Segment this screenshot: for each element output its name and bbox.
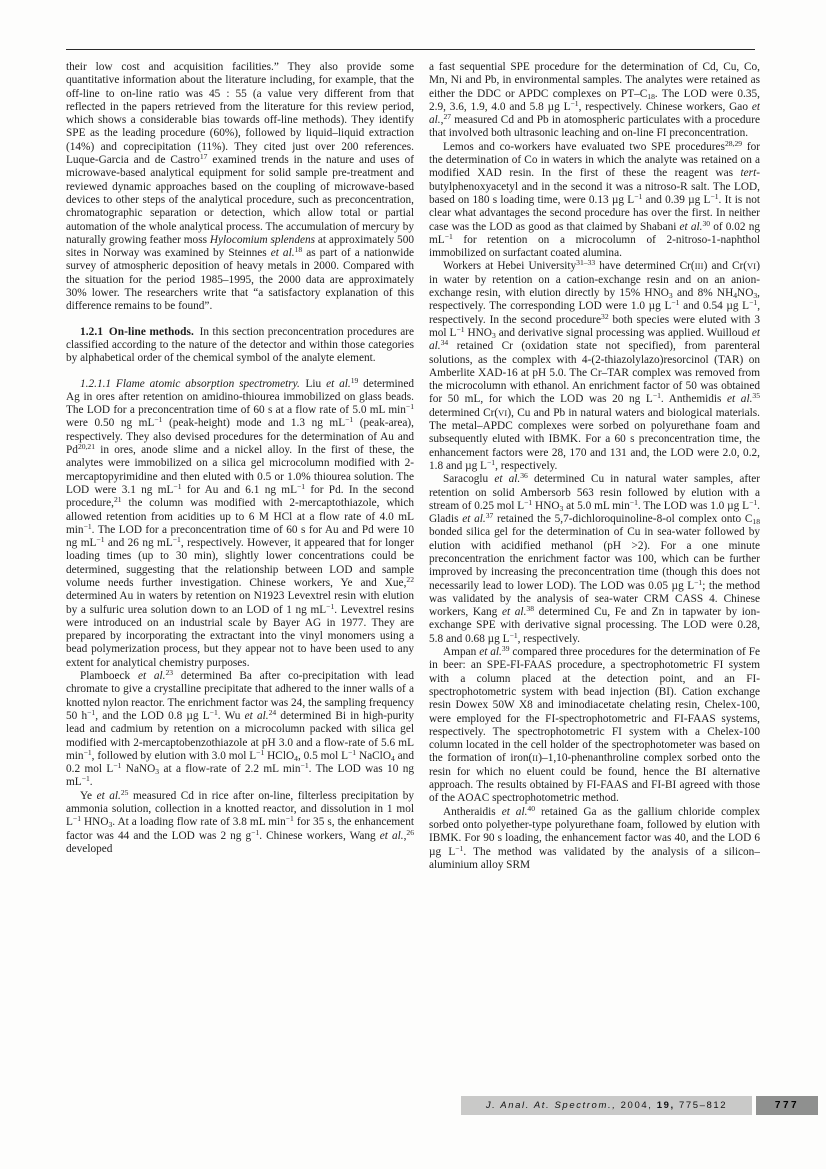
paragraph: Antheraidis et al.40 retained Ga as the … xyxy=(429,806,760,872)
paragraph: Ye et al.25 measured Cd in rice after on… xyxy=(66,790,414,856)
citation-volume: 19, xyxy=(657,1100,675,1111)
paragraph: their low cost and acquisition facilitie… xyxy=(66,61,414,314)
header-rule xyxy=(66,49,755,50)
paragraph: Ampan et al.39 compared three procedures… xyxy=(429,646,760,806)
article-body: their low cost and acquisition facilitie… xyxy=(66,61,760,1093)
paragraph: Lemos and co-workers have evaluated two … xyxy=(429,141,760,261)
paragraph: Plamboeck et al.23 determined Ba after c… xyxy=(66,670,414,790)
paragraph: 1.2.1.1 Flame atomic absorption spectrom… xyxy=(66,378,414,671)
left-column: their low cost and acquisition facilitie… xyxy=(66,61,414,1093)
paragraph: a fast sequential SPE procedure for the … xyxy=(429,61,760,141)
page-number: 777 xyxy=(775,1100,799,1111)
paragraph: Workers at Hebei University31–33 have de… xyxy=(429,260,760,473)
page-number-box: 777 xyxy=(756,1096,818,1115)
journal-title: J. Anal. At. Spectrom., xyxy=(486,1100,617,1111)
paragraph: 1.2.1 On-line methods. In this section p… xyxy=(66,326,414,366)
journal-citation: J. Anal. At. Spectrom., 2004, 19, 775–81… xyxy=(486,1100,727,1111)
right-column: a fast sequential SPE procedure for the … xyxy=(429,61,760,1093)
journal-page: their low cost and acquisition facilitie… xyxy=(0,0,826,1169)
citation-pages: 775–812 xyxy=(675,1100,727,1111)
citation-year: 2004, xyxy=(616,1100,656,1111)
paragraph: Saracoglu et al.36 determined Cu in natu… xyxy=(429,473,760,646)
footer-citation-bar: J. Anal. At. Spectrom., 2004, 19, 775–81… xyxy=(461,1096,752,1115)
